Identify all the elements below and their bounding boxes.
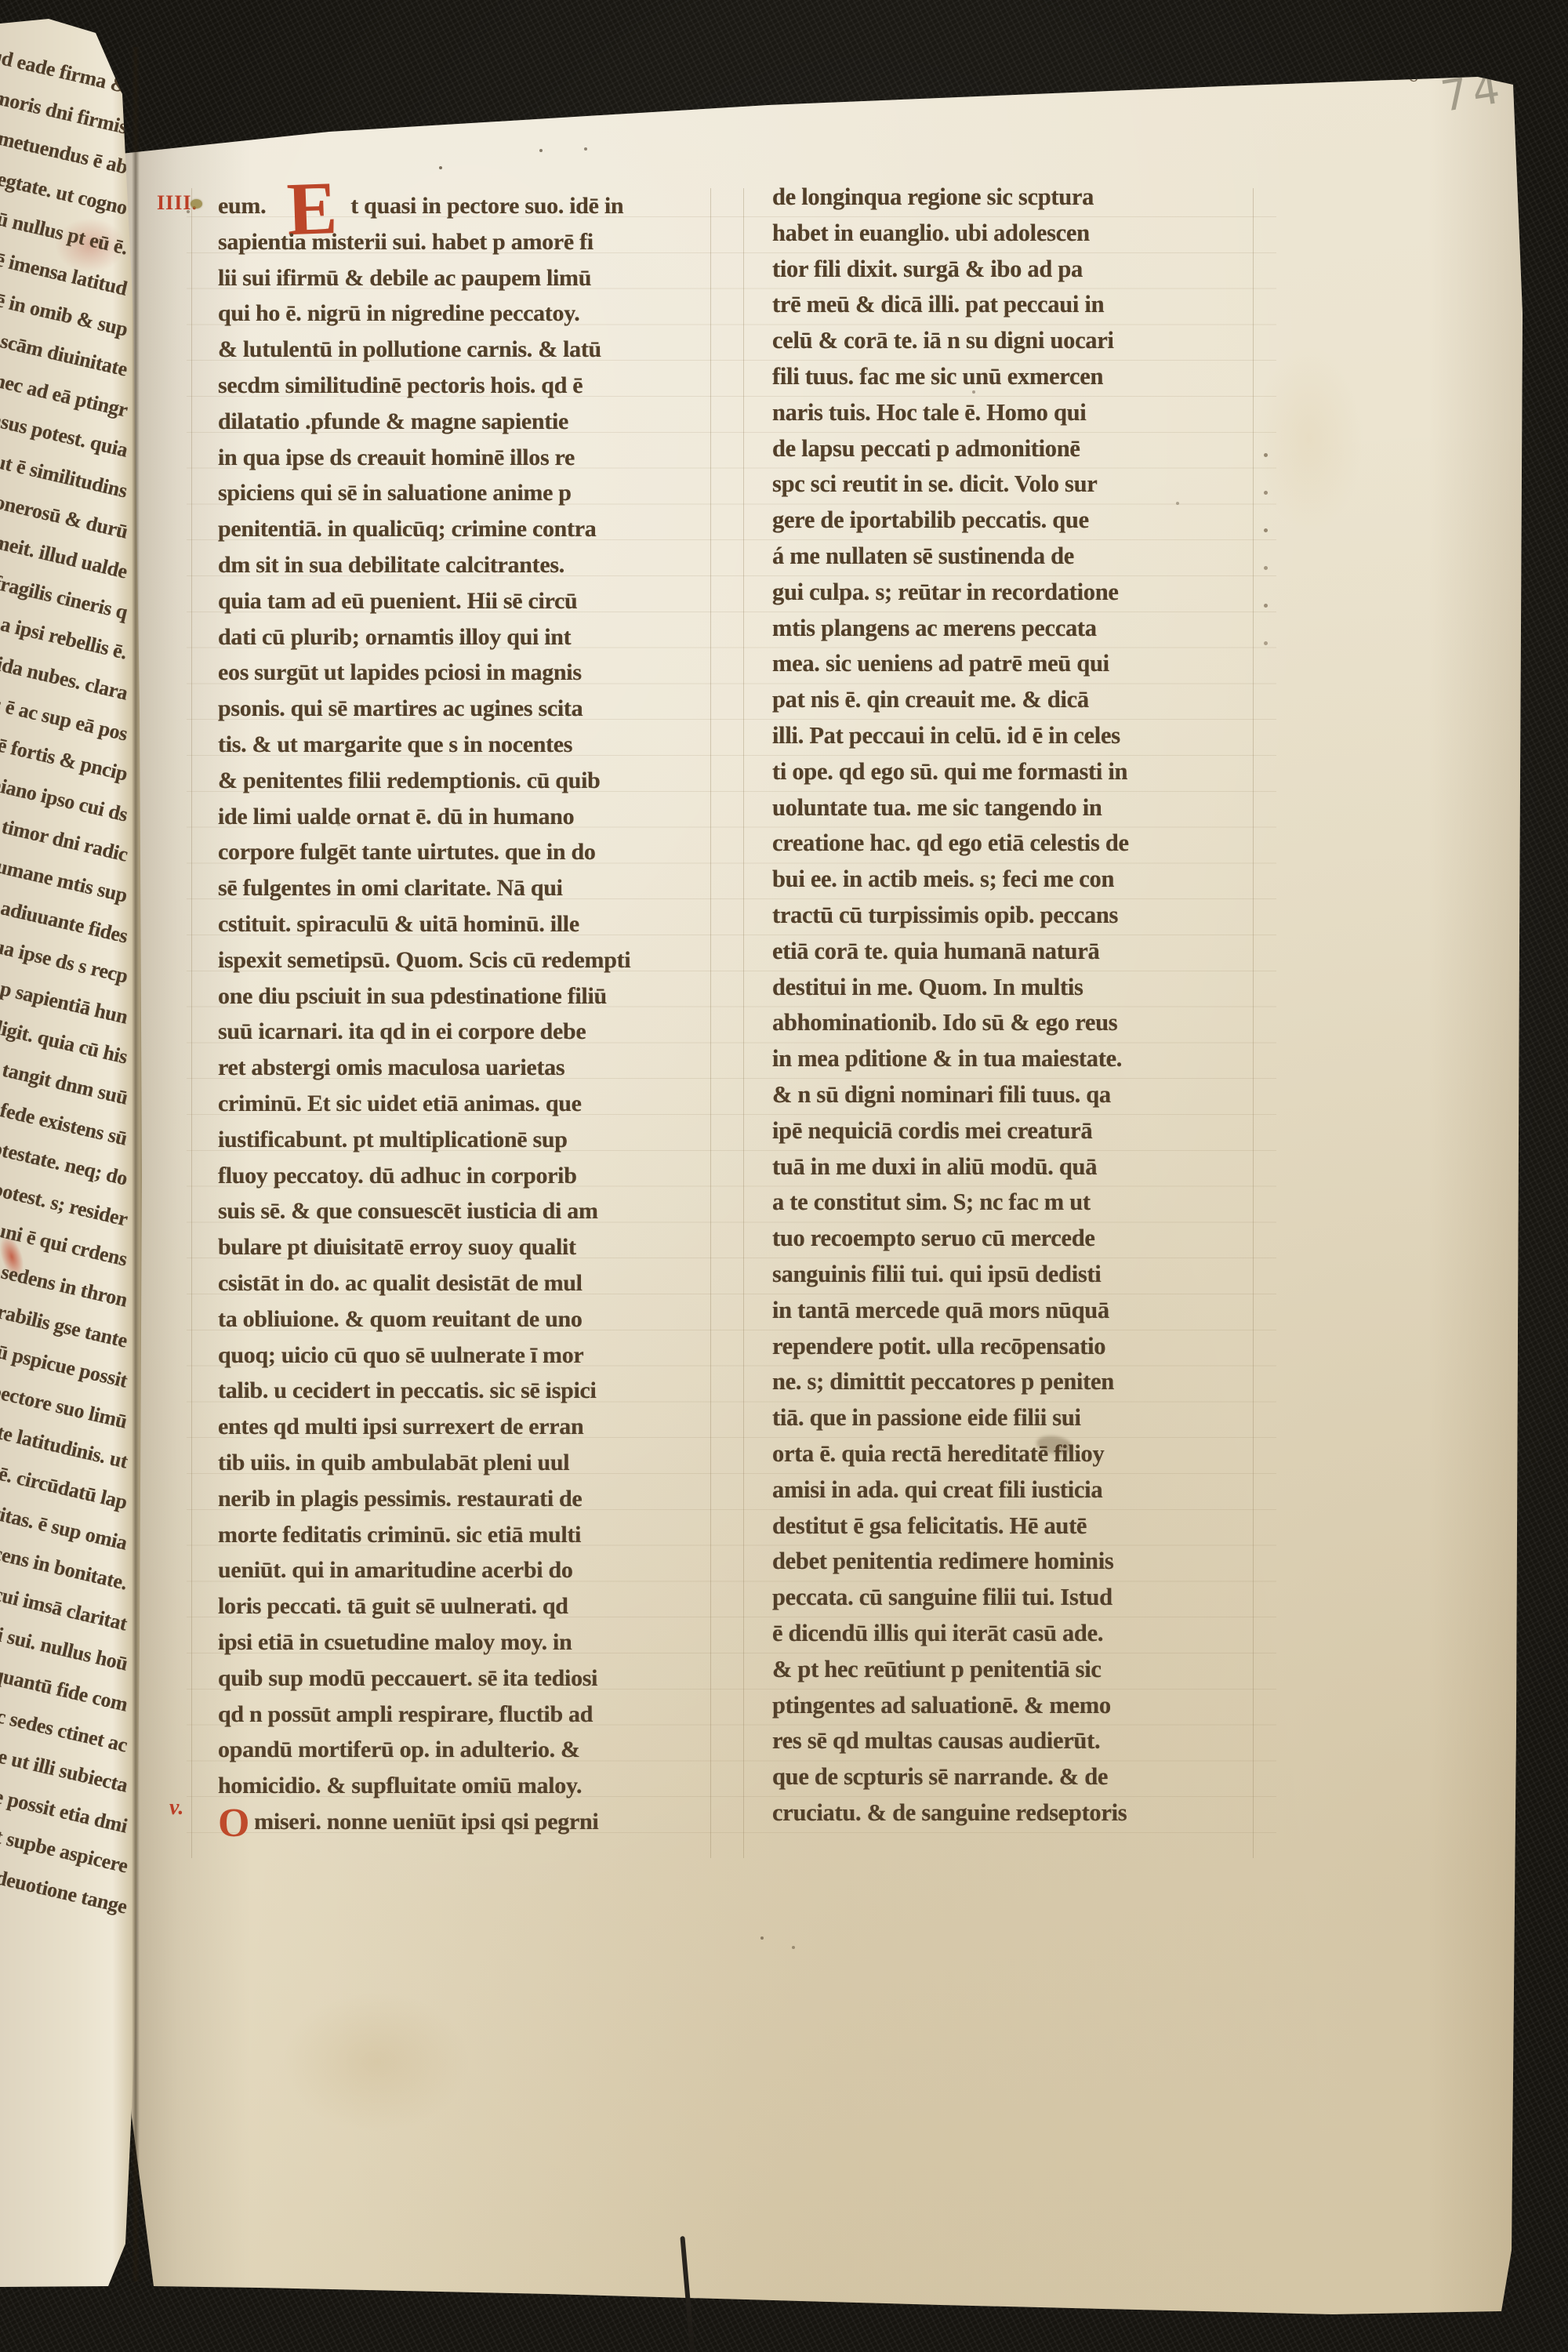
text-line: criminū. Et sic uidet etiā animas. que [218,1086,582,1122]
text-line: c ē qd eade firma & [0,38,129,98]
text-line: Omiseri. nonne ueniūt ipsi qsi pegrni [218,1804,598,1840]
text-line: destitui in me. Quom. In multis [772,970,1083,1006]
text-line: mea. sic ueniens ad patrē meū qui [772,646,1109,682]
text-line: quib sup modū peccauert. sē ita tediosi [218,1661,597,1697]
text-line: amisi in ada. qui creat fili iusticia [772,1472,1102,1508]
text-line: eum.t quasi in pectore suo. idē in [218,188,623,224]
text-line: entes qd multi ipsi surrexert de erran [218,1409,583,1445]
text-line: abhominationib. Ido sū & ego reus [772,1005,1117,1041]
parchment-stain [1254,345,1364,533]
text-line: dilatatio .pfunde & magne sapientie [218,404,568,440]
text-line: ueniūt. qui in amaritudine acerbi do [218,1552,573,1588]
text-line: creatione hac. qd ego etiā celestis de [772,826,1129,862]
text-line: ispexit semetipsū. Quom. Scis cū redempt… [218,942,630,978]
text-line: debet penitentia redimere hominis [772,1544,1113,1580]
pricking-marks [1264,453,1268,457]
text-line: cstituit. spiraculū & uitā hominū. ille [218,906,579,942]
folio-number: 74 [1438,63,1508,122]
text-line: tiā. que in passione eide filii sui [772,1400,1081,1436]
text-line: ti ope. qd ego sū. qui me formasti in [772,754,1127,790]
text-line: tractū cū turpissimis opib. peccans [772,898,1118,934]
text-line: á me nullaten sē sustinenda de [772,539,1074,575]
previous-folio-text: c ē qd eade firma &udo timoris dni firmi… [0,0,144,2352]
text-line: bui ee. in actib meis. s; feci me con [772,862,1114,898]
text-line: & pt hec reūtiunt p penitentiā sic [772,1652,1102,1688]
text-line: nerib in plagis pessimis. restaurati de [218,1481,582,1517]
text-line: loris peccati. tā guit sē uulnerati. qd [218,1588,568,1624]
text-line: tis. & ut margarite que s in nocentes [218,727,572,763]
text-line: fili tuus. fac me sic unū exmercen [772,359,1103,395]
text-line: sē fulgentes in omi claritate. Nā qui [218,870,563,906]
text-line: ipē nequiciā cordis mei creaturā [772,1113,1092,1149]
text-line: pat nis ē. qin creauit me. & dicā [772,682,1089,718]
text-line: fluoy peccatoy. dū adhuc in corporib [218,1158,577,1194]
text-line: psonis. qui sē martires ac ugines scita [218,691,583,727]
previous-folio-edge: c ē qd eade firma &udo timoris dni firmi… [0,0,144,2352]
text-line: peccata. cū sanguine filii tui. Istud [772,1580,1112,1616]
text-line: spiciens qui sē in saluatione anime p [218,475,572,511]
text-line: iustificabunt. pt multiplicationē sup [218,1122,568,1158]
text-line: res sē qd multas causas audierūt. [772,1723,1100,1759]
text-line: ipsi etiā in csuetudine maloy moy. in [218,1624,572,1661]
text-line: qd n possūt ampli respirare, fluctib ad [218,1697,593,1733]
text-line: penitentiā. in qualicūq; crimine contra [218,511,596,547]
text-line: & penitentes filii redemptionis. cū quib [218,763,600,799]
text-line: opandū mortiferū op. in adulterio. & [218,1732,580,1768]
text-line: in mea pditione & in tua maiestate. [772,1041,1122,1077]
text-line: ne. s; dimittit peccatores p peniten [772,1364,1114,1400]
text-line: a te constitut sim. S; nc fac m ut [772,1185,1091,1221]
text-line: sanguinis filii tui. qui ipsū dedisti [772,1257,1101,1293]
text-line: mtis plangens ac merens peccata [772,611,1097,647]
text-line: ide limi ualde ornat ē. dū in humano [218,799,574,835]
manuscript-page: IIII. v. E eum.t quasi in pectore suo. i… [0,0,1568,2352]
text-line: tuā in me duxi in aliū modū. quā [772,1149,1097,1185]
text-line: suis sē. & que consuescēt iusticia di am [218,1193,598,1229]
text-line: cruciatu. & de sanguine redseptoris [772,1795,1127,1831]
text-line: tuo recoempto seruo cū mercede [772,1221,1095,1257]
ink-mark: 6 [1405,62,1421,88]
text-line: sapientia misterii sui. habet p amorē fi [218,224,593,260]
text-line: & n sū digni nominari fili tuus. qa [772,1077,1111,1113]
text-line: ē dicendū illis qui iterāt casū ade. [772,1616,1103,1652]
fold-shadow [132,47,140,2281]
text-line: gui culpa. s; reūtar in recordatione [772,575,1119,611]
text-line: trē meū & dicā illi. pat peccaui in [772,287,1104,323]
text-line: habet in euanglio. ubi adolescen [772,216,1090,252]
text-line: ta obliuione. & quom reuitant de uno [218,1301,583,1338]
text-line: destitut ē gsa felicitatis. Hē autē [772,1508,1087,1544]
text-line: in qua ipse ds creauit hominē illos re [218,440,575,476]
vertical-ruling [710,188,711,1858]
text-line: homicidio. & supfluitate omiū maloy. [218,1768,582,1804]
red-initial-O: O [218,1801,249,1846]
vertical-ruling [743,188,744,1858]
text-line: lii sui ifirmū & debile ac paupem limū [218,260,591,296]
text-line: ret abstergi omis maculosa uarietas [218,1050,564,1086]
text-line: tib uiis. in quib ambulabāt pleni uul [218,1445,569,1481]
text-line: de lapsu peccati p admonitionē [772,431,1080,467]
text-line: que de scpturis sē narrande. & de [772,1759,1108,1795]
page-edge-shade [1428,71,1523,2321]
vertical-ruling [191,188,192,1858]
text-line: in tantā mercede quā mors nūquā [772,1293,1109,1329]
text-line: csistāt in do. ac qualit desistāt de mul [218,1265,583,1301]
text-line: dati cū plurib; ornamtis illoy qui int [218,619,571,655]
text-line: uoluntate tua. me sic tangendo in [772,790,1102,826]
text-line: one diu psciuit in sua pdestinatione fil… [218,978,607,1014]
parchment-stain [282,1991,470,2132]
foxing-specks [439,166,442,169]
text-line: corpore fulgēt tante uirtutes. que in do [218,834,596,870]
text-line: de longinqua regione sic scptura [772,180,1094,216]
text-line: morte feditatis criminū. sic etiā multi [218,1517,581,1553]
manuscript-photo: { "folio": { "number": "74", "ink_mark":… [0,0,1568,2352]
text-line: bulare pt diuisitatē erroy suoy qualit [218,1229,576,1265]
text-line: orta ē. quia rectā hereditatē filioy [772,1436,1104,1472]
text-line: secdm similitudinē pectoris hois. qd ē [218,368,583,404]
verse-rubric: v. [169,1795,183,1820]
text-line: dm sit in sua debilitate calcitrantes. [218,547,564,583]
text-line: illi. Pat peccaui in celū. id ē in celes [772,718,1120,754]
text-line: naris tuis. Hoc tale ē. Homo qui [772,395,1086,431]
text-line: spc sci reutit in se. dicit. Volo sur [772,466,1098,503]
text-line: ptingentes ad saluationē. & memo [772,1688,1111,1724]
text-line: tior fili dixit. surgā & ibo ad pa [772,252,1083,288]
text-line: quoq; uicio cū quo sē uulnerate ī mor [218,1338,583,1374]
vertical-ruling [1253,188,1254,1858]
text-line: rependere potit. ulla recōpensatio [772,1329,1105,1365]
text-line: celū & corā te. iā n su digni uocari [772,323,1114,359]
text-line: eos surgūt ut lapides pciosi in magnis [218,655,582,691]
text-line: quia tam ad eū puenient. Hii sē circū [218,583,577,619]
text-line: talib. u cecidert in peccatis. sic sē is… [218,1373,597,1409]
text-line: suū icarnari. ita qd in ei corpore debe [218,1014,586,1050]
text-line: & lutulentū in pollutione carnis. & latū [218,332,601,368]
text-line: gere de iportabilib peccatis. que [772,503,1089,539]
text-line: etiā corā te. quia humanā naturā [772,934,1099,970]
paragraph-mark [191,199,202,209]
text-line: qui ho ē. nigrū in nigredine peccatoy. [218,296,579,332]
